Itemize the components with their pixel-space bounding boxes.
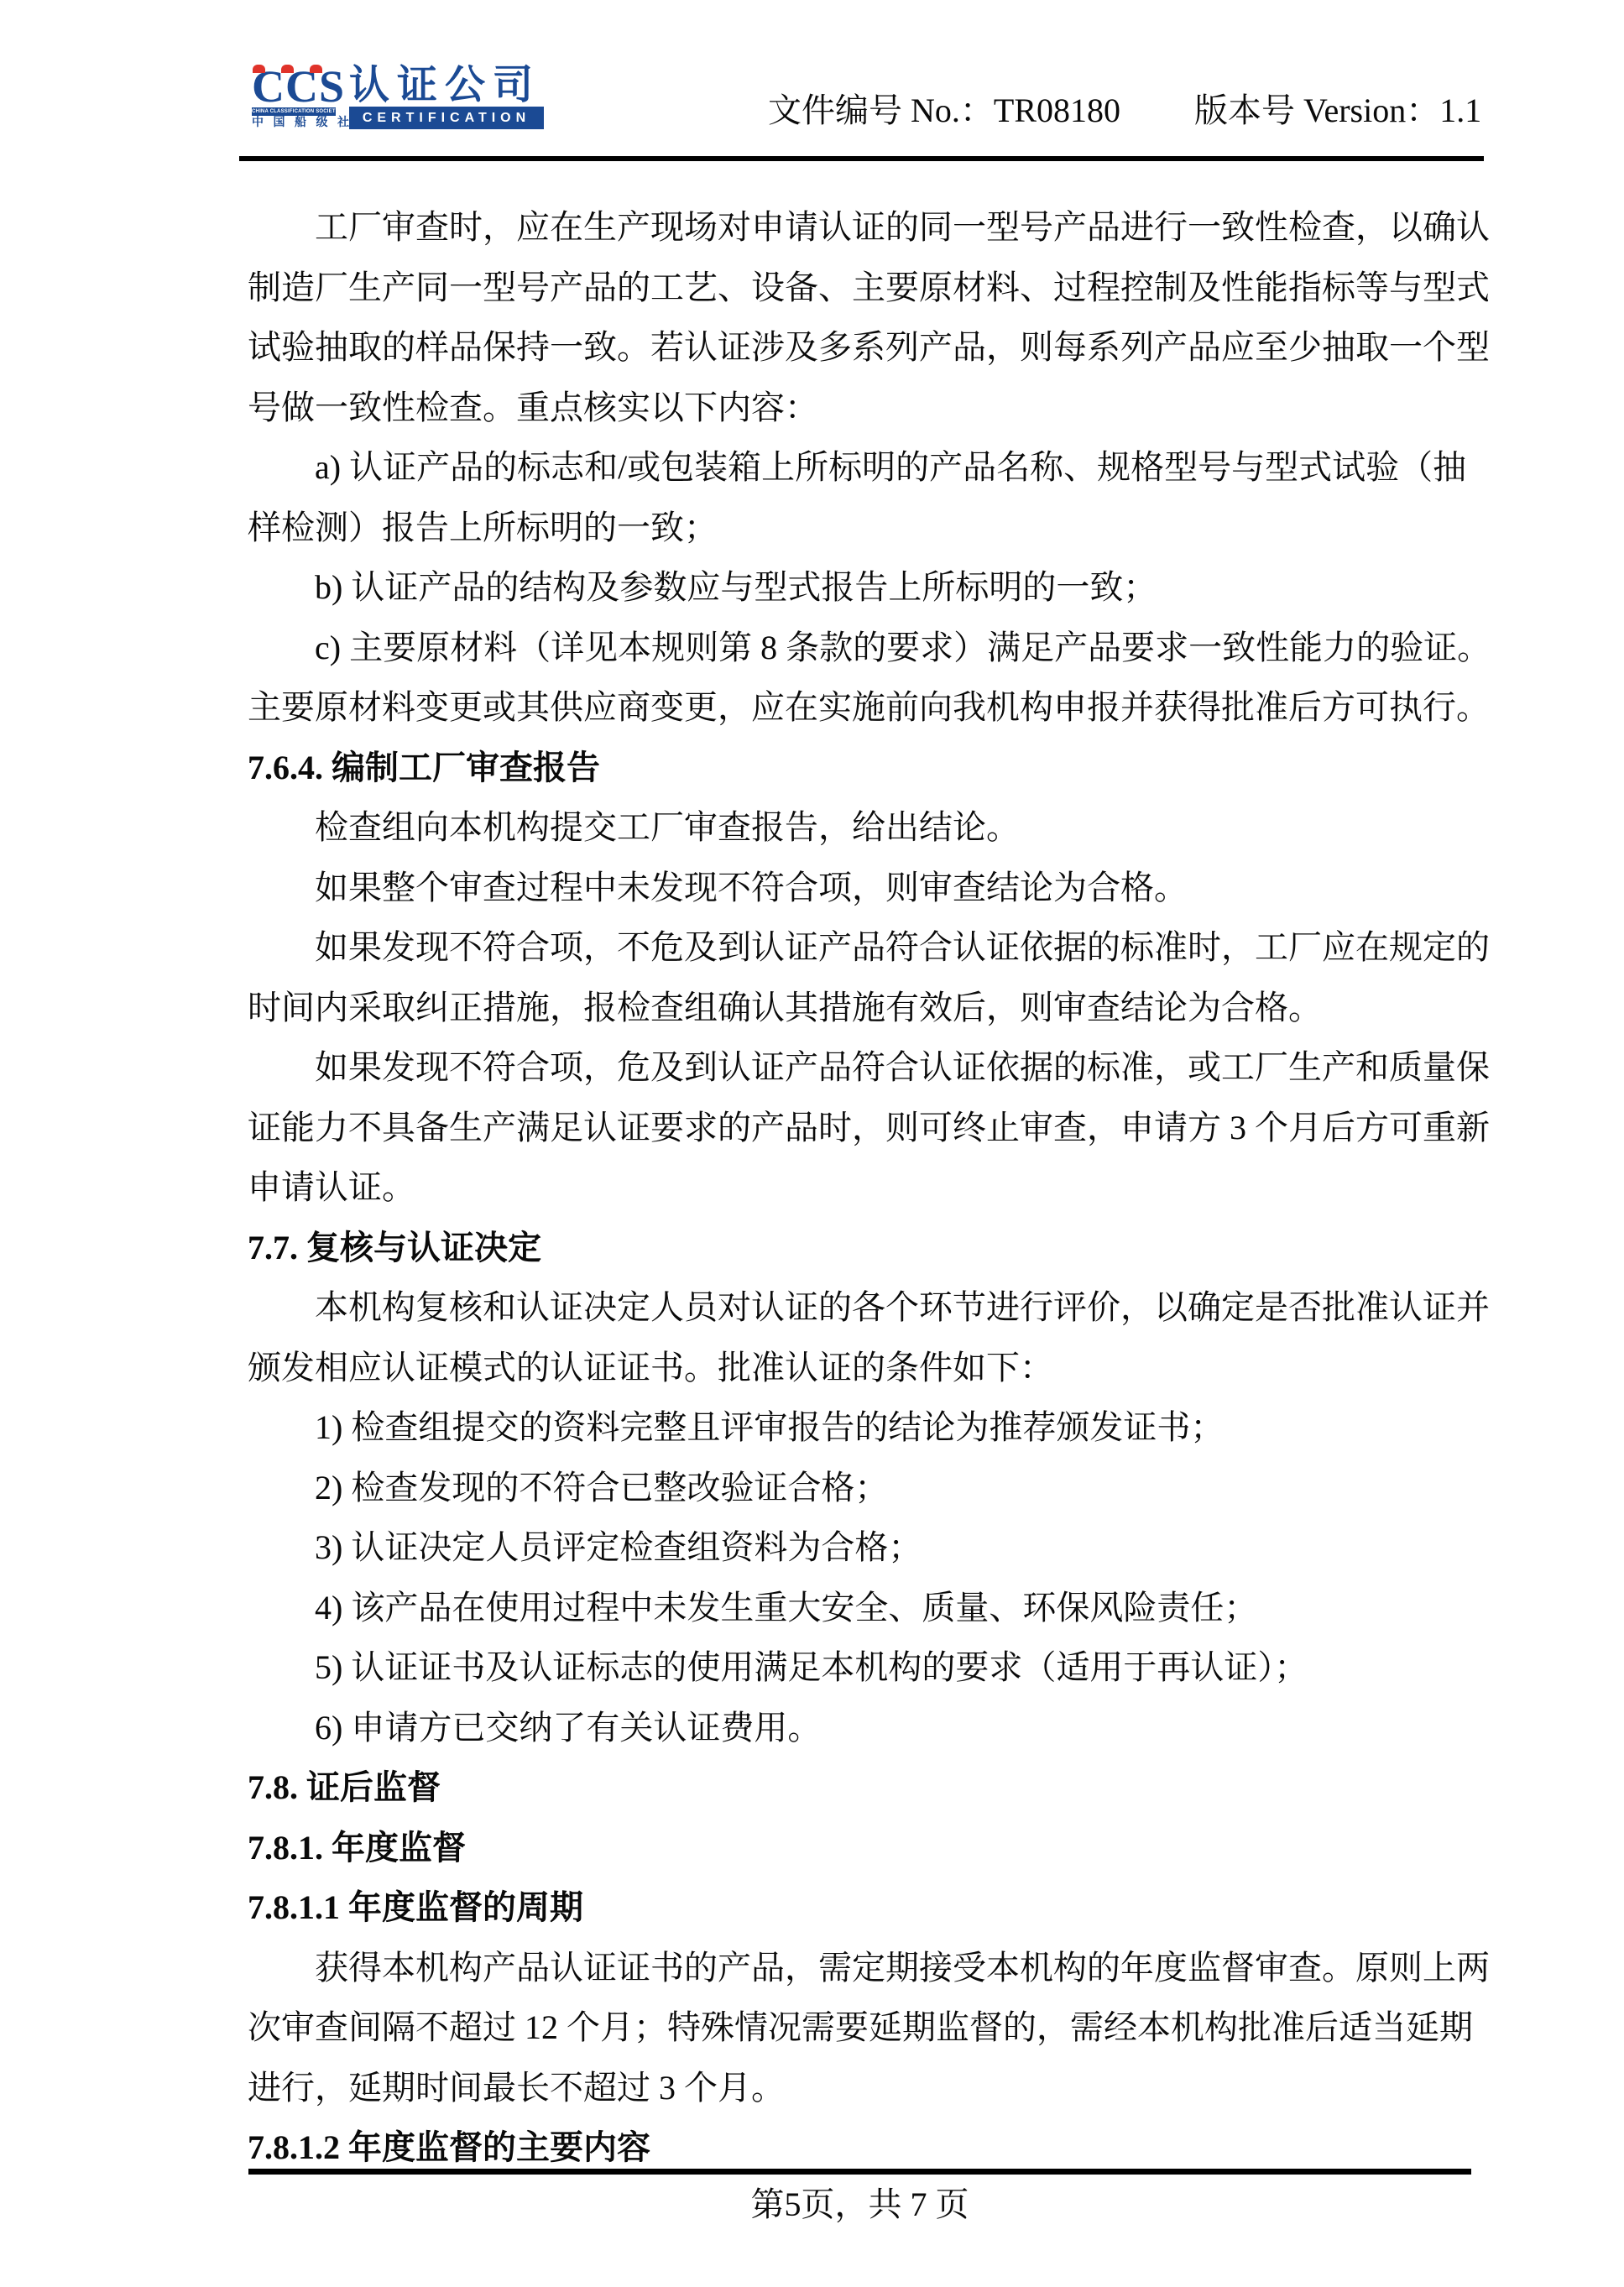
text-line: 号做一致性检查。重点核实以下内容： [248,378,1473,438]
text-line: 时间内采取纠正措施，报检查组确认其措施有效后，则审查结论为合格。 [248,978,1473,1038]
text-line: 样检测）报告上所标明的一致； [248,498,1473,558]
header-meta: 文件编号 No.：TR08180 版本号 Version：1.1 [768,91,1481,131]
section-heading: 7.8. 证后监督 [248,1757,1473,1818]
ccs-accent-icon [310,65,322,73]
section-heading: 7.8.1.1 年度监督的周期 [248,1877,1473,1938]
ccs-logo-right: 认证公司 CERTIFICATION [349,67,544,129]
text-line: 申请认证。 [248,1157,1473,1218]
text-line: 进行，延期时间最长不超过 3 个月。 [248,2058,1473,2118]
text-line: b) 认证产品的结构及参数应与型式报告上所标明的一致； [248,557,1473,618]
page-number: 第5页，共 7 页 [248,2183,1471,2227]
text-line: 制造厂生产同一型号产品的工艺、设备、主要原材料、过程控制及性能指标等与型式 [248,258,1473,318]
document-page: CCS CHINA CLASSIFICATION SOCIETY 中 国 船 级… [0,0,1624,2287]
ccs-accent-icon [253,65,265,73]
text-line: 5) 认证证书及认证标志的使用满足本机构的要求（适用于再认证）； [248,1637,1473,1698]
ccs-logo-left: CCS CHINA CLASSIFICATION SOCIETY 中 国 船 级… [252,67,337,129]
text-line: 如果整个审查过程中未发现不符合项，则审查结论为合格。 [248,858,1473,918]
society-name-cn: 中 国 船 级 社 [252,117,337,129]
text-line: 检查组向本机构提交工厂审查报告，给出结论。 [248,797,1473,858]
text-line: 颁发相应认证模式的认证证书。批准认证的条件如下： [248,1338,1473,1398]
text-line: c) 主要原材料（详见本规则第 8 条款的要求）满足产品要求一致性能力的验证。 [248,618,1473,678]
text-line: 如果发现不符合项，不危及到认证产品符合认证依据的标准时，工厂应在规定的 [248,917,1473,978]
certification-company-cn: 认证公司 [349,67,544,104]
header-divider [239,156,1484,161]
version-number: 版本号 Version：1.1 [1194,91,1481,131]
text-line: 2) 检查发现的不符合已整改验证合格； [248,1458,1473,1518]
text-line: 3) 认证决定人员评定检查组资料为合格； [248,1517,1473,1578]
section-heading: 7.7. 复核与认证决定 [248,1218,1473,1278]
text-line: 获得本机构产品认证证书的产品，需定期接受本机构的年度监督审查。原则上两 [248,1938,1473,1998]
text-line: 本机构复核和认证决定人员对认证的各个环节进行评价，以确定是否批准认证并 [248,1277,1473,1338]
text-line: 6) 申请方已交纳了有关认证费用。 [248,1698,1473,1758]
ccs-accent-icon [281,65,294,73]
text-line: 4) 该产品在使用过程中未发生重大安全、质量、环保风险责任； [248,1578,1473,1638]
document-body: 工厂审查时，应在生产现场对申请认证的同一型号产品进行一致性检查，以确认制造厂生产… [248,197,1473,2178]
text-line: 工厂审查时，应在生产现场对申请认证的同一型号产品进行一致性检查，以确认 [248,197,1473,258]
text-line: 次审查间隔不超过 12 个月；特殊情况需要延期监督的，需经本机构批准后适当延期 [248,1997,1473,2058]
text-line: 主要原材料变更或其供应商变更，应在实施前向我机构申报并获得批准后方可执行。 [248,677,1473,738]
ccs-logo: CCS CHINA CLASSIFICATION SOCIETY 中 国 船 级… [252,67,544,129]
text-line: 1) 检查组提交的资料完整且评审报告的结论为推荐颁发证书； [248,1397,1473,1458]
text-line: a) 认证产品的标志和/或包装箱上所标明的产品名称、规格型号与型式试验（抽 [248,437,1473,498]
doc-number: 文件编号 No.：TR08180 [768,91,1120,131]
certification-banner-en: CERTIFICATION [349,107,544,129]
footer-divider [248,2169,1471,2175]
text-line: 证能力不具备生产满足认证要求的产品时，则可终止审查，申请方 3 个月后方可重新 [248,1098,1473,1158]
text-line: 试验抽取的样品保持一致。若认证涉及多系列产品，则每系列产品应至少抽取一个型 [248,317,1473,378]
section-heading: 7.8.1. 年度监督 [248,1818,1473,1878]
section-heading: 7.6.4. 编制工厂审查报告 [248,738,1473,798]
text-line: 如果发现不符合项，危及到认证产品符合认证依据的标准，或工厂生产和质量保 [248,1037,1473,1098]
